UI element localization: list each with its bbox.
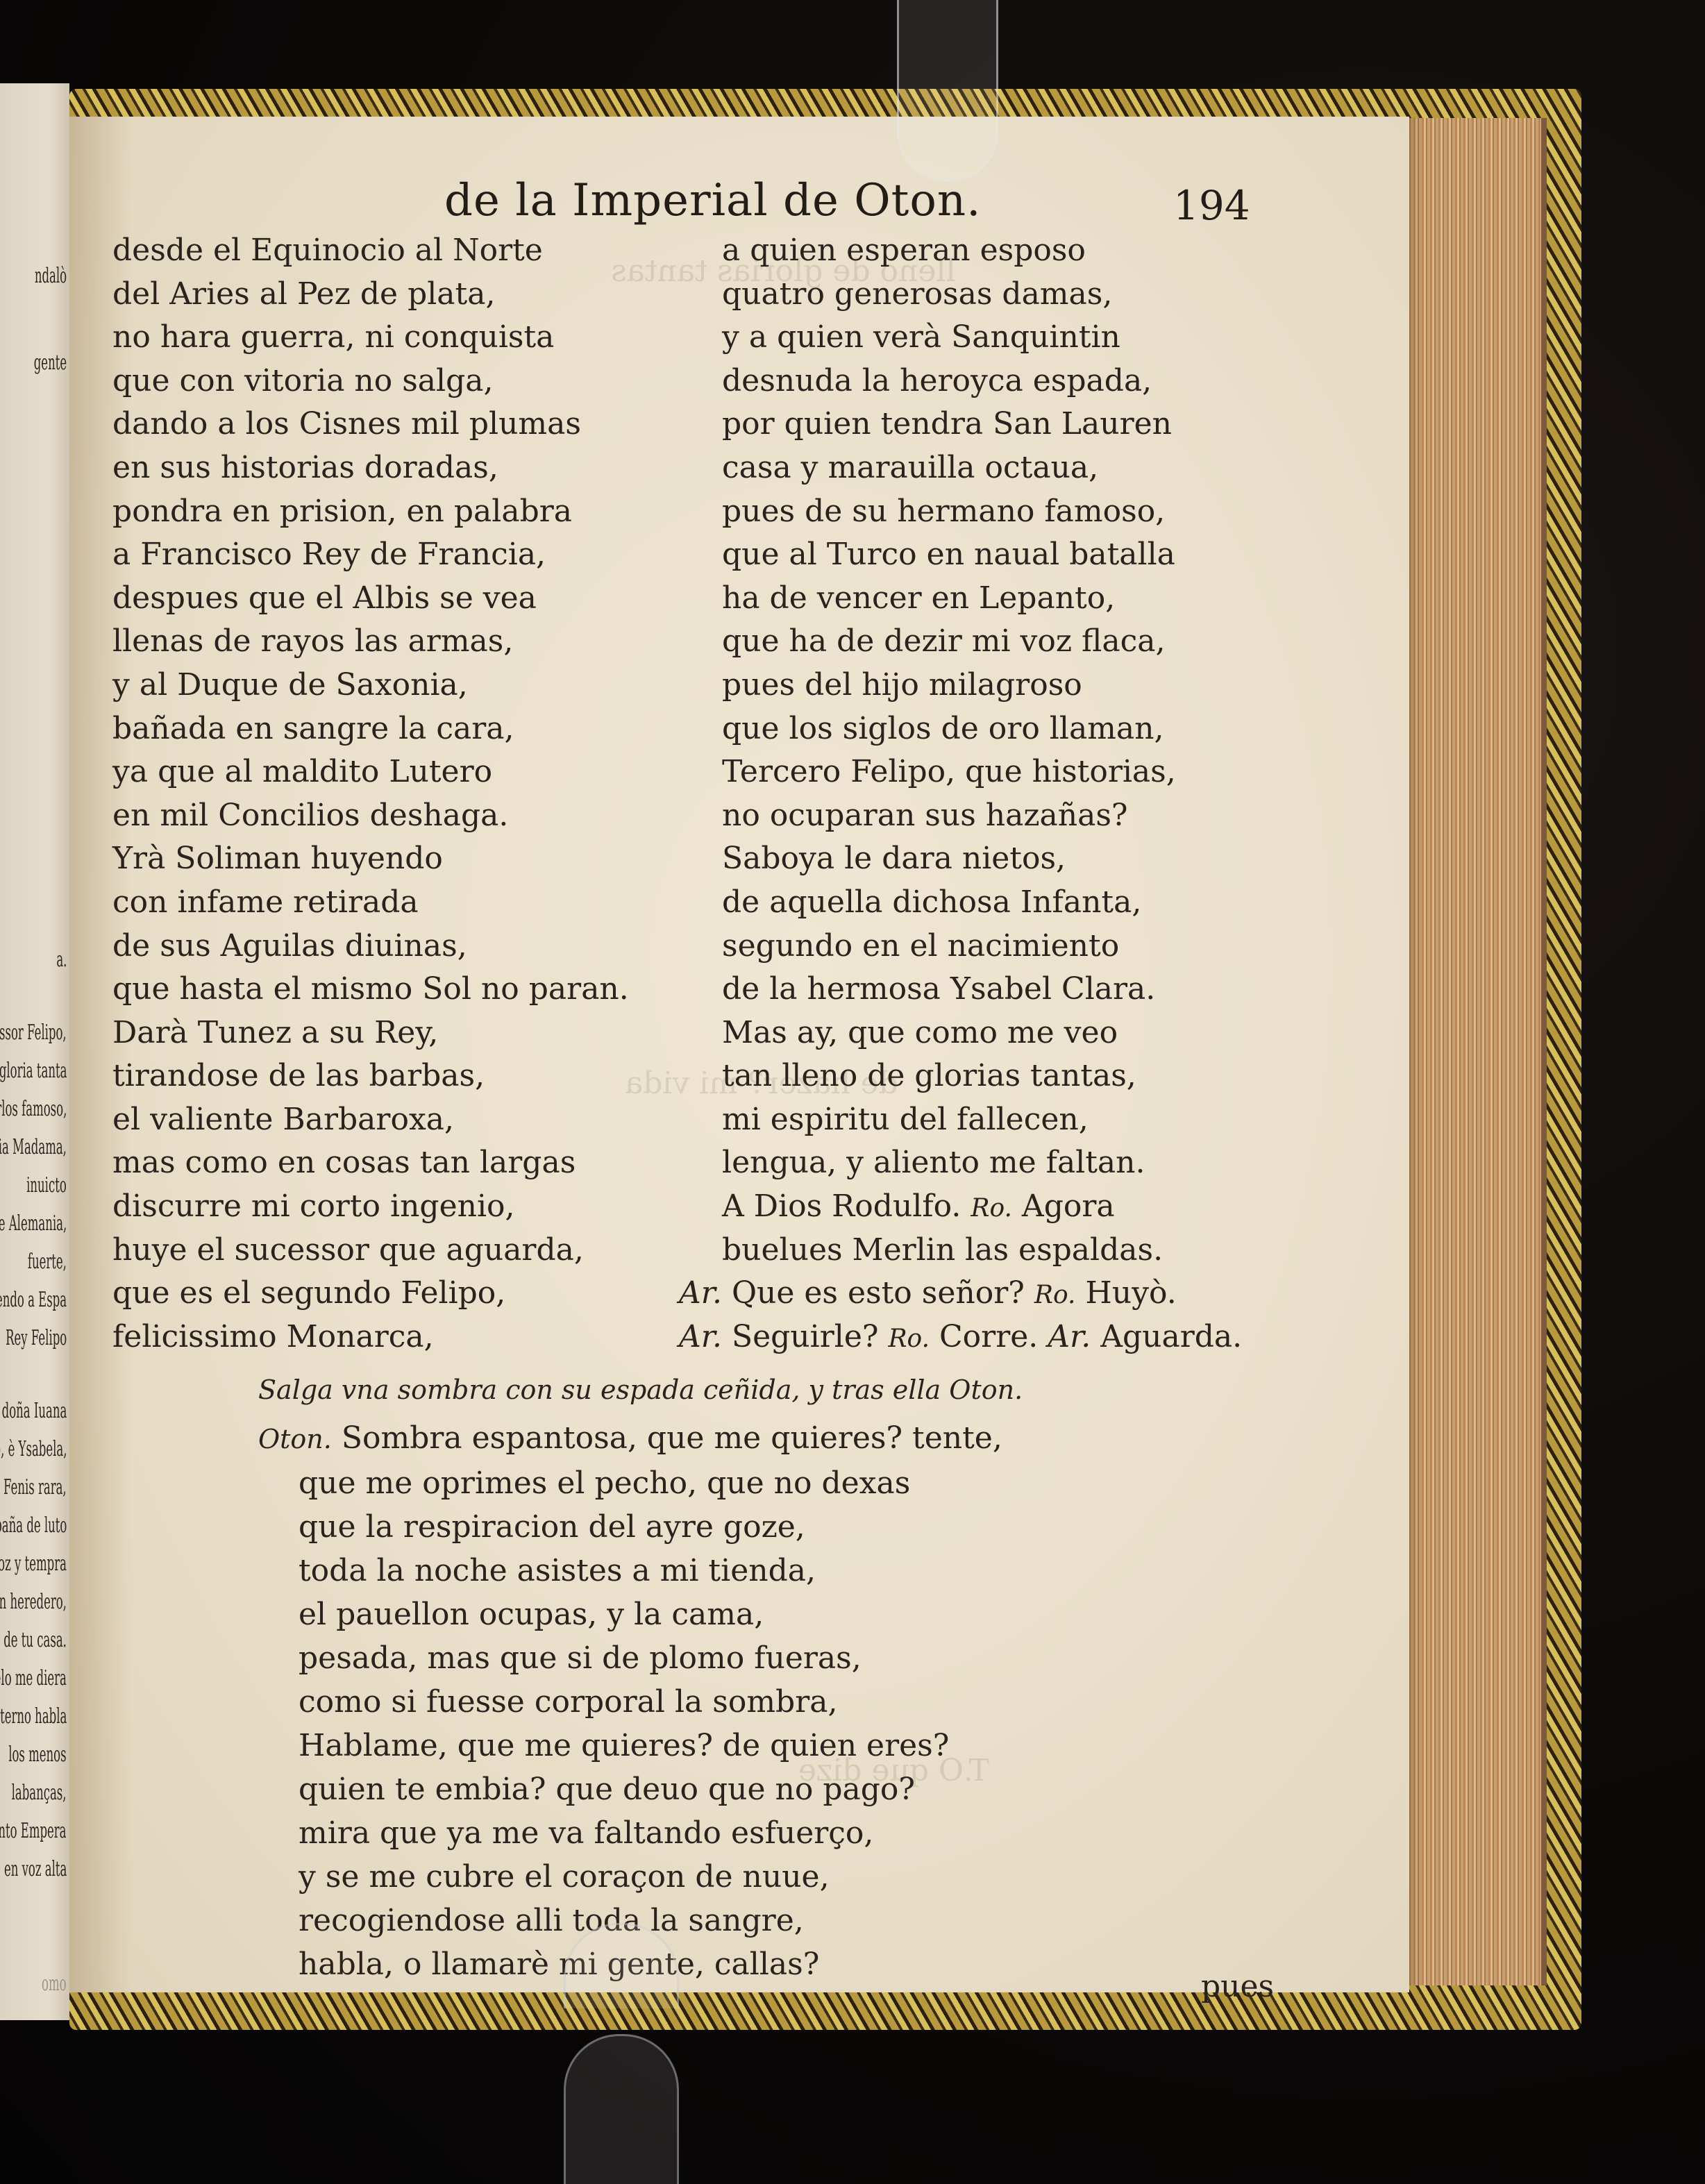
verse-column-right: a quien esperan esposo quatro generosas … (722, 229, 1242, 1359)
verse-line: pues de su hermano famoso, (722, 490, 1242, 534)
dialogue-text: A Dios Rodulfo. (722, 1188, 971, 1224)
left-page-fragment: de tu casa. (3, 1628, 67, 1652)
verse-line: mi espiritu del fallecen, (722, 1098, 1242, 1142)
speaker-abbr-ro: Ro. (888, 1325, 930, 1353)
left-page-fragment: Rey Felipo (6, 1326, 67, 1350)
verse-line: mas como en cosas tan largas (112, 1141, 629, 1185)
dialogue-text: Agora (1012, 1188, 1115, 1224)
left-page-fragment: ria Madama, (0, 1135, 67, 1159)
verse-line: huye el sucessor que aguarda, (112, 1229, 629, 1272)
dialogue-line: Ar. Seguirle? Ro. Corre. Ar. Aguarda. (679, 1316, 1242, 1359)
verse-line: Tercero Felipo, que historias, (722, 750, 1242, 794)
speech-first-line: Oton. Sombra espantosa, que me quieres? … (258, 1416, 1002, 1461)
verse-line: desde el Equinocio al Norte (112, 229, 629, 273)
dialogue-text: Corre. (930, 1319, 1048, 1354)
left-page-fragment: labanças, (12, 1781, 67, 1805)
dialogue-text: buelues Merlin las espaldas. (722, 1232, 1163, 1268)
verse-line: que es el segundo Felipo, (112, 1272, 629, 1316)
left-page-fragment: en voz alta (4, 1857, 67, 1881)
speech-text: Sombra espantosa, que me quieres? tente, (332, 1420, 1002, 1456)
verse-line: el valiente Barbaroxa, (112, 1098, 629, 1142)
left-page-fragment: en eterno habla (0, 1704, 67, 1729)
verse-line: ha de vencer en Lepanto, (722, 577, 1242, 621)
verse-line: Yrà Soliman huyendo (112, 837, 629, 881)
verse-line: en sus historias doradas, (112, 446, 629, 490)
speech-line: como si fuesse corporal la sombra, (258, 1680, 1002, 1724)
verse-line: felicissimo Monarca, (112, 1316, 629, 1359)
speaker-abbr-ar: Ar. (1048, 1319, 1091, 1354)
dialogue-line: Ar. Que es esto señor? Ro. Huyò. (679, 1272, 1242, 1316)
dialogue-text: Huyò. (1075, 1275, 1176, 1311)
speaker-abbr-ar: Ar. (679, 1275, 722, 1311)
left-page-fragment: doña Iuana (1, 1399, 67, 1423)
verse-line: a quien esperan esposo (722, 229, 1242, 273)
left-page-fragment: gente (34, 351, 67, 375)
dialogue-line: A Dios Rodulfo. Ro. Agora (722, 1185, 1242, 1229)
speech-line: toda la noche asistes a mi tienda, (258, 1549, 1002, 1593)
speaker-label-oton: Oton. (258, 1424, 332, 1454)
verse-line: a Francisco Rey de Francia, (112, 533, 629, 577)
speech-line: y se me cubre el coraçon de nuue, (258, 1855, 1002, 1899)
verse-line: con infame retirada (112, 881, 629, 925)
left-page-fragment: n heredero, (0, 1590, 67, 1614)
verse-line: quatro generosas damas, (722, 273, 1242, 317)
speech-line: Hablame, que me quieres? de quien eres? (258, 1724, 1002, 1767)
left-page-fragment: los menos (9, 1742, 67, 1767)
verse-line: por quien tendra San Lauren (722, 403, 1242, 446)
verse-line: tirandose de las barbas, (112, 1055, 629, 1098)
verse-line: Darà Tunez a su Rey, (112, 1011, 629, 1055)
verse-line: del Aries al Pez de plata, (112, 273, 629, 317)
verse-line: pondra en prision, en palabra (112, 490, 629, 534)
verse-line: segundo en el nacimiento (722, 925, 1242, 968)
adjacent-left-page: ndalò gente a. ssor Felipo, gloria tanta… (0, 83, 69, 2020)
left-page-fragment: a y Fenis rara, (0, 1475, 67, 1500)
verse-line: y a quien verà Sanquintin (722, 316, 1242, 360)
verse-line: que los siglos de oro llaman, (722, 707, 1242, 751)
speech-line: pesada, mas que si de plomo fueras, (258, 1636, 1002, 1680)
verse-column-left: desde el Equinocio al Norte del Aries al… (112, 229, 629, 1359)
verse-line: que con vitoria no salga, (112, 360, 629, 403)
left-page-fragment: cielo me diera (0, 1666, 67, 1690)
gilded-fore-edge (1402, 118, 1547, 1985)
left-page-fragment: a. (56, 948, 67, 972)
stage-direction: Salga vna sombra con su espada ceñida, y… (258, 1375, 1023, 1405)
speech-line: que la respiracion del ayre goze, (258, 1505, 1002, 1549)
verse-line: Mas ay, que como me veo (722, 1011, 1242, 1055)
verse-line: no ocuparan sus hazañas? (722, 794, 1242, 838)
speech-block-oton: Oton. Sombra espantosa, que me quieres? … (258, 1416, 1002, 1986)
left-page-fragment: o, è Ysabela, (0, 1437, 67, 1461)
dialogue-text: Seguirle? (722, 1319, 888, 1354)
left-page-fragment: roz y tempra (0, 1552, 67, 1576)
verse-line: llenas de rayos las armas, (112, 620, 629, 664)
verse-line: despues que el Albis se vea (112, 577, 629, 621)
verse-line: que al Turco en naual batalla (722, 533, 1242, 577)
left-page-fragment: inuicto (26, 1173, 67, 1198)
left-page-fragment: paña de luto (0, 1513, 67, 1538)
verse-line: ya que al maldito Lutero (112, 750, 629, 794)
verse-line: de aquella dichosa Infanta, (722, 881, 1242, 925)
dialogue-text: Aguarda. (1091, 1319, 1242, 1354)
verse-line: bañada en sangre la cara, (112, 707, 629, 751)
speech-line: quien te embia? que deuo que no pago? (258, 1767, 1002, 1811)
verse-line: casa y marauilla octaua, (722, 446, 1242, 490)
verse-line: de la hermosa Ysabel Clara. (722, 968, 1242, 1011)
left-page-fragment: ssor Felipo, (0, 1020, 67, 1045)
left-page-fragment: ciendo a Espa (0, 1288, 67, 1312)
left-page-fragment: nto Empera (0, 1819, 67, 1843)
left-page-fragment: fuerte, (28, 1250, 67, 1274)
verse-line: que ha de dezir mi voz flaca, (722, 620, 1242, 664)
verse-line: lengua, y aliento me faltan. (722, 1141, 1242, 1185)
verse-line: no hara guerra, ni conquista (112, 316, 629, 360)
speaker-abbr-ro: Ro. (971, 1194, 1012, 1223)
verse-line: desnuda la heroyca espada, (722, 360, 1242, 403)
verse-line: en mil Concilios deshaga. (112, 794, 629, 838)
speaker-abbr-ar: Ar. (679, 1319, 722, 1354)
verse-line: tan lleno de glorias tantas, (722, 1055, 1242, 1098)
verse-line: de sus Aguilas diuinas, (112, 925, 629, 968)
speech-line: mira que ya me va faltando esfuerço, (258, 1811, 1002, 1855)
left-page-fragment: gloria tanta (0, 1059, 67, 1083)
verse-line: Saboya le dara nietos, (722, 837, 1242, 881)
left-page-fragment: ndalò (35, 264, 67, 288)
page-holder-clip-top (897, 0, 998, 181)
running-title: de la Imperial de Oton. (444, 175, 981, 226)
speech-line: que me oprimes el pecho, que no dexas (258, 1461, 1002, 1505)
verse-line: que hasta el mismo Sol no paran. (112, 968, 629, 1011)
catchword: pues (1201, 1969, 1274, 2004)
left-page-fragment: arlos famoso, (0, 1097, 67, 1121)
page-holder-clip-bottom-stem (564, 2034, 679, 2184)
verse-line: dando a los Cisnes mil plumas (112, 403, 629, 446)
verse-line: discurre mi corto ingenio, (112, 1185, 629, 1229)
verse-line: y al Duque de Saxonia, (112, 664, 629, 707)
left-page-fragment: omo (42, 1972, 67, 1996)
speaker-abbr-ro: Ro. (1034, 1281, 1076, 1309)
left-page-fragment: de Alemania, (0, 1211, 67, 1236)
page-number: 194 (1173, 182, 1250, 229)
speech-line: el pauellon ocupas, y la cama, (258, 1593, 1002, 1636)
dialogue-text: Que es esto señor? (722, 1275, 1034, 1311)
verse-line: pues del hijo milagroso (722, 664, 1242, 707)
dialogue-line: buelues Merlin las espaldas. (722, 1229, 1242, 1272)
